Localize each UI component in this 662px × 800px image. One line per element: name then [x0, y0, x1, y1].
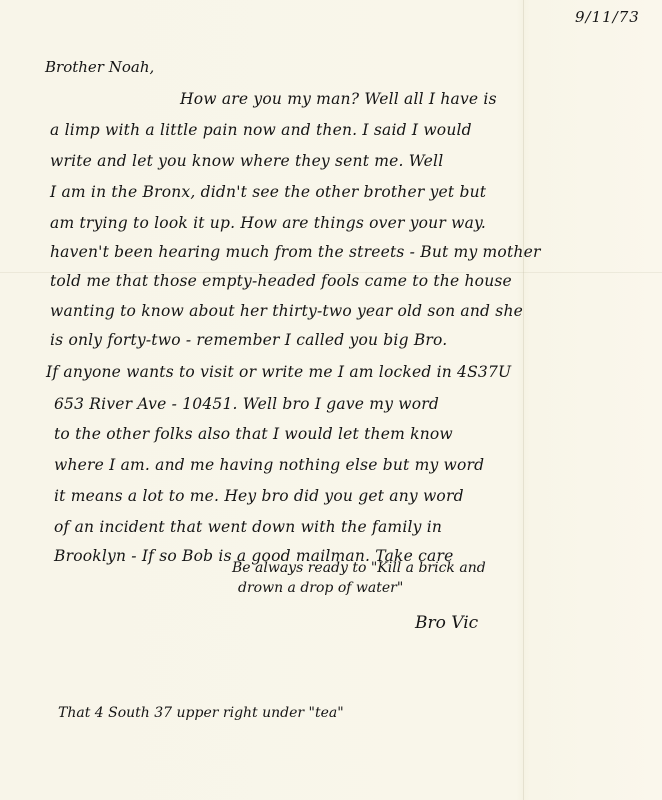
body-line: is only forty-two - remember I called yo…: [50, 331, 447, 349]
body-line: If anyone wants to visit or write me I a…: [46, 363, 511, 381]
body-line: I am in the Bronx, didn't see the other …: [50, 183, 486, 201]
body-line: haven't been hearing much from the stree…: [50, 243, 541, 261]
letter-date: 9/11/73: [575, 8, 640, 26]
body-line: of an incident that went down with the f…: [54, 518, 442, 536]
paper-fold-vertical: [523, 0, 524, 800]
body-line: told me that those empty-headed fools ca…: [50, 272, 512, 290]
body-line: 653 River Ave - 10451. Well bro I gave m…: [54, 395, 439, 413]
body-line: to the other folks also that I would let…: [54, 425, 453, 443]
signature: Bro Vic: [415, 613, 478, 633]
salutation: Brother Noah,: [45, 58, 154, 76]
body-line: it means a lot to me. Hey bro did you ge…: [54, 487, 464, 505]
closing-quote-line: Be always ready to "Kill a brick and: [232, 560, 486, 576]
body-line: How are you my man? Well all I have is: [180, 90, 497, 108]
body-line: write and let you know where they sent m…: [50, 152, 443, 170]
closing-quote-line: drown a drop of water": [238, 580, 403, 596]
letter-page: 9/11/73 Brother Noah, How are you my man…: [0, 0, 662, 800]
postscript: That 4 South 37 upper right under "tea": [58, 705, 344, 721]
body-line: where I am. and me having nothing else b…: [54, 456, 484, 474]
body-line: wanting to know about her thirty-two yea…: [50, 302, 523, 320]
body-line: am trying to look it up. How are things …: [50, 214, 486, 232]
body-line: a limp with a little pain now and then. …: [50, 121, 472, 139]
